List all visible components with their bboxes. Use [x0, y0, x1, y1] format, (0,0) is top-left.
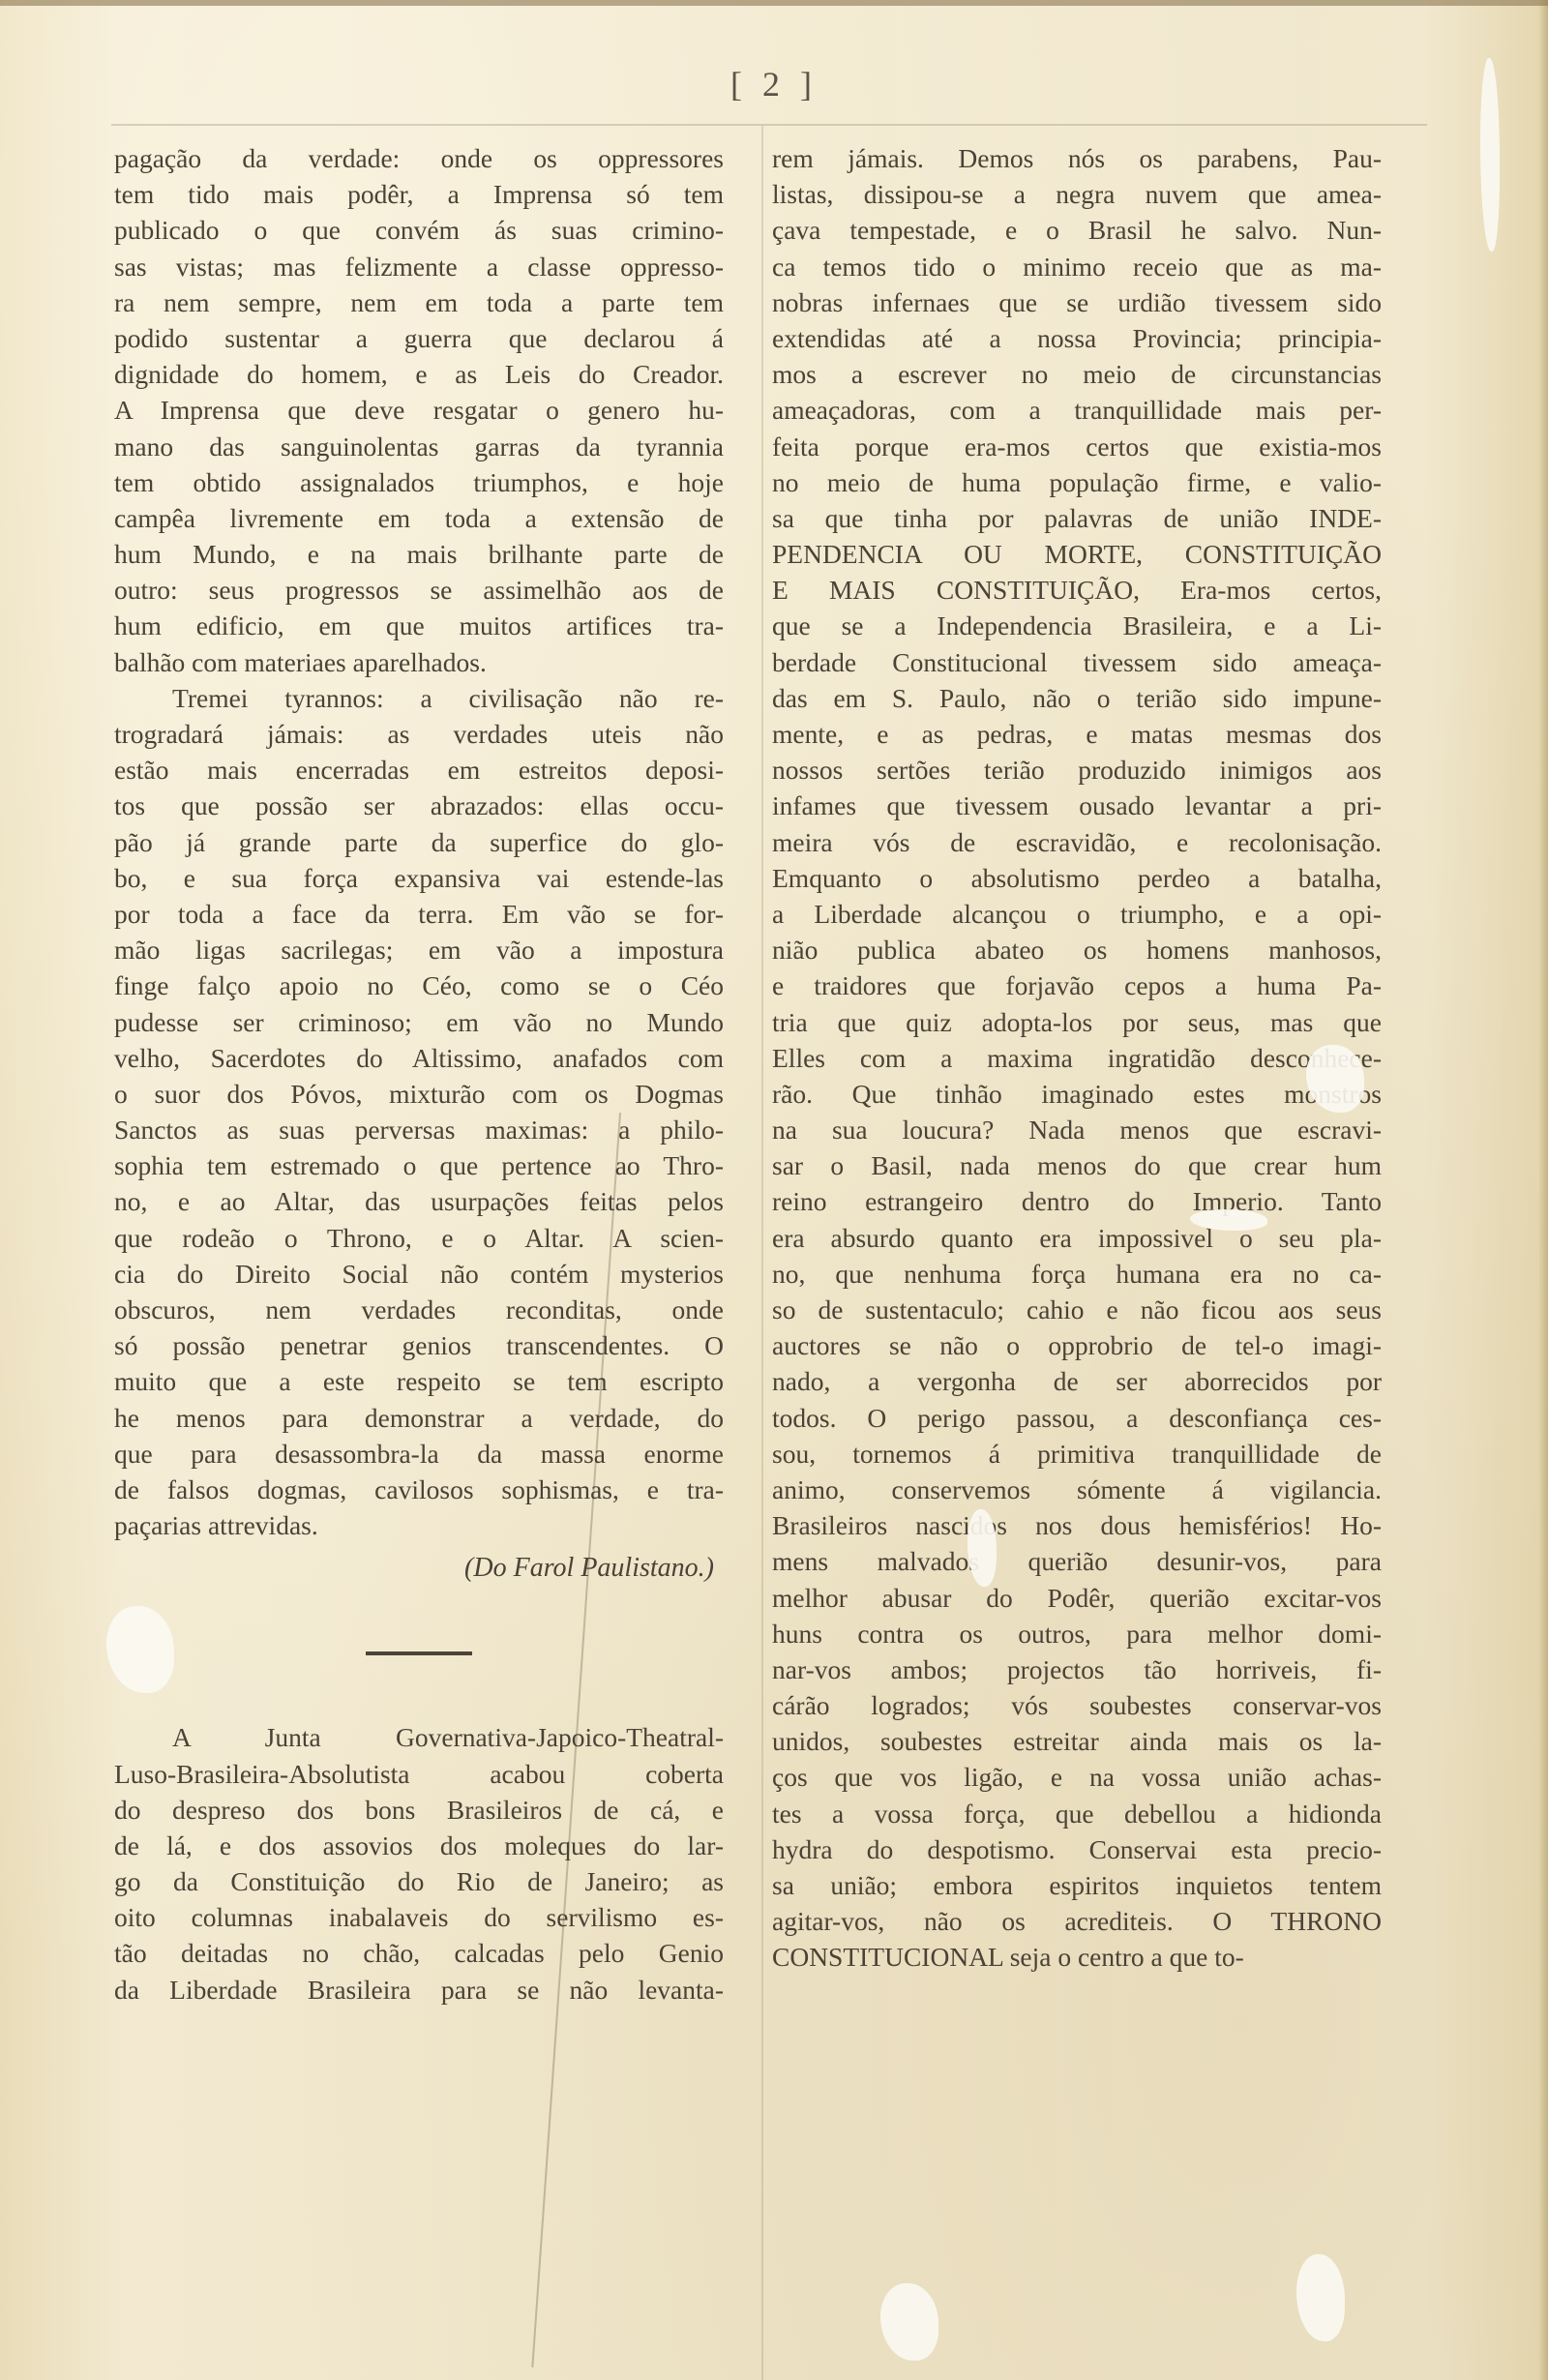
- text-line: tem tido mais podêr, a Imprensa só tem: [114, 176, 724, 212]
- paper-damage-spot: [1296, 2254, 1345, 2341]
- text-line: a Liberdade alcançou o triumpho, e a opi…: [772, 896, 1382, 932]
- text-line: finge falço apoio no Céo, como se o Céo: [114, 967, 724, 1003]
- text-line: tem obtido assignalados triumphos, e hoj…: [114, 464, 724, 500]
- text-line: extendidas até a nossa Provincia; princi…: [772, 320, 1382, 356]
- source-attribution: (Do Farol Paulistano.): [114, 1543, 724, 1593]
- text-line: ca temos tido o minimo receio que as ma-: [772, 249, 1382, 284]
- text-line: cia do Direito Social não contém mysteri…: [114, 1256, 724, 1292]
- article-junta: A Junta Governativa-Japoico-Theatral- Lu…: [114, 1719, 724, 2008]
- text-line: trogradará jámais: as verdades uteis não: [114, 716, 724, 752]
- text-line: reino estrangeiro dentro do Imperio. Tan…: [772, 1183, 1382, 1219]
- text-line: listas, dissipou-se a negra nuvem que am…: [772, 176, 1382, 212]
- text-line: no, que nenhuma força humana era no ca-: [772, 1256, 1382, 1292]
- text-line: Brasileiros nascidos nos dous hemisfério…: [772, 1507, 1382, 1543]
- text-line: de falsos dogmas, cavilosos sophismas, e…: [114, 1472, 724, 1507]
- text-line: só possão penetrar genios transcendentes…: [114, 1327, 724, 1363]
- text-line: que se a Independencia Brasileira, e a L…: [772, 608, 1382, 643]
- text-line: çava tempestade, e o Brasil he salvo. Nu…: [772, 212, 1382, 248]
- text-line: dignidade do homem, e as Leis do Creador…: [114, 356, 724, 392]
- text-line: unidos, soubestes estreitar ainda mais o…: [772, 1723, 1382, 1759]
- text-line: cárão logrados; vós soubestes conservar-…: [772, 1687, 1382, 1723]
- text-line: go da Constituição do Rio de Janeiro; as: [114, 1863, 724, 1899]
- text-line: CONSTITUCIONAL seja o centro a que to-: [772, 1939, 1382, 1975]
- column-gutter: [761, 126, 763, 2380]
- text-line: da Liberdade Brasileira para se não leva…: [114, 1972, 724, 2008]
- text-line: pudesse ser criminoso; em vão no Mundo: [114, 1004, 724, 1040]
- page-right-edge: [1538, 0, 1548, 2380]
- text-line: so de sustentaculo; cahio e não ficou ao…: [772, 1292, 1382, 1327]
- text-line: que para desassombra-la da massa enorme: [114, 1436, 724, 1472]
- text-line: sar o Basil, nada menos do que crear hum: [772, 1147, 1382, 1183]
- text-line: no meio de huma população firme, e valio…: [772, 464, 1382, 500]
- article-junta-continued: rem jámais. Demos nós os parabens, Pau- …: [772, 140, 1382, 1976]
- text-line: obscuros, nem verdades reconditas, onde: [114, 1292, 724, 1327]
- text-line: todos. O perigo passou, a desconfiança c…: [772, 1400, 1382, 1436]
- text-line: nobras infernaes que se urdião tivessem …: [772, 284, 1382, 320]
- page-top-edge: [0, 0, 1548, 6]
- text-line: podido sustentar a guerra que declarou á: [114, 320, 724, 356]
- text-line: muito que a este respeito se tem escript…: [114, 1363, 724, 1399]
- text-line: agitar-vos, não os acrediteis. O THRONO: [772, 1903, 1382, 1939]
- text-line: A Junta Governativa-Japoico-Theatral-: [114, 1719, 724, 1755]
- text-line: Sanctos as suas perversas maximas: a phi…: [114, 1112, 724, 1147]
- text-line: ra nem sempre, nem em toda a parte tem: [114, 284, 724, 320]
- text-line: auctores se não o opprobrio de tel-o ima…: [772, 1327, 1382, 1363]
- text-line: campêa livremente em toda a extensão de: [114, 500, 724, 536]
- text-line: pão já grande parte da superfice do glo-: [114, 824, 724, 860]
- text-line: sophia tem estremado o que pertence ao T…: [114, 1147, 724, 1183]
- text-line: bo, e sua força expansiva vai estende-la…: [114, 860, 724, 896]
- header-rule: [111, 124, 1427, 126]
- page-number: [ 2 ]: [716, 64, 832, 104]
- text-line: meira vós de escravidão, e recolonisação…: [772, 824, 1382, 860]
- text-line: balhão com materiaes aparelhados.: [114, 644, 724, 680]
- text-line: do despreso dos bons Brasileiros de cá, …: [114, 1792, 724, 1828]
- text-line: nar-vos ambos; projectos tão horriveis, …: [772, 1651, 1382, 1687]
- text-line: hydra do despotismo. Conservai esta prec…: [772, 1831, 1382, 1867]
- text-line: oito columnas inabalaveis do servilismo …: [114, 1899, 724, 1935]
- paper-damage-spot: [1480, 58, 1500, 252]
- text-line: na sua loucura? Nada menos que escravi-: [772, 1112, 1382, 1147]
- newspaper-page: [ 2 ] pagação da verdade: onde os oppres…: [0, 0, 1548, 2380]
- article-freedom-of-press: pagação da verdade: onde os oppressores …: [114, 140, 724, 1593]
- text-line: publicado o que convém ás suas crimino-: [114, 212, 724, 248]
- text-line: rão. Que tinhão imaginado estes monstros: [772, 1076, 1382, 1112]
- text-line: mente, e as pedras, e matas mesmas dos: [772, 716, 1382, 752]
- text-line: E MAIS CONSTITUIÇÃO, Era-mos certos,: [772, 572, 1382, 608]
- right-column: rem jámais. Demos nós os parabens, Pau- …: [772, 140, 1382, 1976]
- left-column: pagação da verdade: onde os oppressores …: [114, 140, 724, 2008]
- paper-damage-spot: [880, 2283, 938, 2361]
- text-line: o suor dos Póvos, mixturão com os Dogmas: [114, 1076, 724, 1112]
- text-line: ços que vos ligão, e na vossa união acha…: [772, 1759, 1382, 1795]
- text-line: PENDENCIA OU MORTE, CONSTITUIÇÃO: [772, 536, 1382, 572]
- text-line: nado, a vergonha de ser aborrecidos por: [772, 1363, 1382, 1399]
- text-line: Emquanto o absolutismo perdeo a batalha,: [772, 860, 1382, 896]
- text-line: mão ligas sacrilegas; em vão a impostura: [114, 932, 724, 967]
- text-line: mens malvados querião desunir-vos, para: [772, 1543, 1382, 1579]
- text-line: e traidores que forjavão cepos a huma Pa…: [772, 967, 1382, 1003]
- text-line: berdade Constitucional tivessem sido ame…: [772, 644, 1382, 680]
- text-line: das em S. Paulo, não o terião sido impun…: [772, 680, 1382, 716]
- text-line: tes a vossa força, que debellou a hidion…: [772, 1796, 1382, 1831]
- text-line: tos que possão ser abrazados: ellas occu…: [114, 788, 724, 823]
- text-line: animo, conservemos sómente á vigilancia.: [772, 1472, 1382, 1507]
- text-line: sou, tornemos á primitiva tranquillidade…: [772, 1436, 1382, 1472]
- text-line: tria que quiz adopta-los por seus, mas q…: [772, 1004, 1382, 1040]
- text-line: A Imprensa que deve resgatar o genero hu…: [114, 392, 724, 428]
- text-line: estão mais encerradas em estreitos depos…: [114, 752, 724, 788]
- text-line: paçarias attrevidas.: [114, 1507, 724, 1543]
- text-line: Luso-Brasileira-Absolutista acabou cober…: [114, 1756, 724, 1792]
- text-line: sas vistas; mas felizmente a classe oppr…: [114, 249, 724, 284]
- text-line: era absurdo quanto era impossivel o seu …: [772, 1220, 1382, 1256]
- text-line: sa união; embora espiritos inquietos ten…: [772, 1867, 1382, 1903]
- text-line: de lá, e dos assovios dos moleques do la…: [114, 1828, 724, 1863]
- text-line: tão deitadas no chão, calcadas pelo Geni…: [114, 1935, 724, 1971]
- text-line: mano das sanguinolentas garras da tyrann…: [114, 429, 724, 464]
- text-line: nossos sertões terião produzido inimigos…: [772, 752, 1382, 788]
- text-line: infames que tivessem ousado levantar a p…: [772, 788, 1382, 823]
- text-line: sa que tinha por palavras de união INDE-: [772, 500, 1382, 536]
- text-line: Elles com a maxima ingratidão desconhece…: [772, 1040, 1382, 1076]
- text-line: velho, Sacerdotes do Altissimo, anafados…: [114, 1040, 724, 1076]
- text-line: que rodeão o Throno, e o Altar. A scien-: [114, 1220, 724, 1256]
- text-line: he menos para demonstrar a verdade, do: [114, 1400, 724, 1436]
- text-line: ameaçadoras, com a tranquillidade mais p…: [772, 392, 1382, 428]
- section-separator: [366, 1651, 472, 1655]
- text-line: nião publica abateo os homens manhosos,: [772, 932, 1382, 967]
- text-line: feita porque era-mos certos que existia-…: [772, 429, 1382, 464]
- text-line: Tremei tyrannos: a civilisação não re-: [114, 680, 724, 716]
- text-line: rem jámais. Demos nós os parabens, Pau-: [772, 140, 1382, 176]
- text-line: melhor abusar do Podêr, querião excitar-…: [772, 1580, 1382, 1616]
- text-line: outro: seus progressos se assimelhão aos…: [114, 572, 724, 608]
- text-line: hum Mundo, e na mais brilhante parte de: [114, 536, 724, 572]
- text-line: por toda a face da terra. Em vão se for-: [114, 896, 724, 932]
- text-line: mos a escrever no meio de circunstancias: [772, 356, 1382, 392]
- text-line: hum edificio, em que muitos artifices tr…: [114, 608, 724, 643]
- text-line: no, e ao Altar, das usurpações feitas pe…: [114, 1183, 724, 1219]
- text-line: huns contra os outros, para melhor domi-: [772, 1616, 1382, 1651]
- text-line: pagação da verdade: onde os oppressores: [114, 140, 724, 176]
